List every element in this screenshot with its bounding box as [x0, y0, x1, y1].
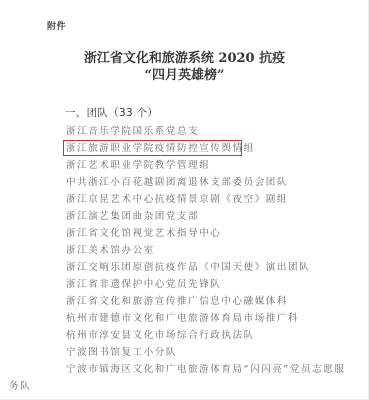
- document-title-line1: 浙江省文化和旅游系统 2020 抗疫: [0, 50, 369, 67]
- list-item: 浙江交响乐团原创抗疫作品《中国天使》演出团队: [0, 259, 369, 276]
- list-item: 浙江省文化和旅游宣传推广信息中心融媒体科: [0, 293, 369, 310]
- list-item: 浙江演艺集团曲杂团党支部: [0, 208, 369, 225]
- list-item: 浙江美术馆办公室: [0, 242, 369, 259]
- list-item: 中共浙江小百花越剧团离退休支部委员会团队: [0, 174, 369, 191]
- list-item: 杭州市淳安县文化市场综合行政执法队: [0, 327, 369, 344]
- list-item-continuation: 务队: [0, 378, 369, 395]
- list-item: 杭州市建德市文化和广电旅游体育局市场推广科: [0, 310, 369, 327]
- list-item: 宁波市镇海区文化和广电旅游体育局“闪闪亮”党员志愿服: [0, 361, 369, 378]
- document-title-line2: “四月英雄榜”: [0, 67, 369, 84]
- list-item: 浙江省文化馆视觉艺术指导中心: [0, 225, 369, 242]
- attachment-label: 附件: [47, 19, 66, 32]
- team-list: 浙江音乐学院国乐系党总支 浙江旅游职业学院疫情防控宣传舆情组 浙江艺术职业学院教…: [0, 123, 369, 395]
- section-heading-teams: 一、团队（33 个）: [65, 105, 158, 120]
- list-item: 宁波图书馆复工小分队: [0, 344, 369, 361]
- list-item: 浙江省非遗保护中心党员先锋队: [0, 276, 369, 293]
- highlight-box: [63, 140, 242, 156]
- list-item: 浙江艺术职业学院教学管理组: [0, 157, 369, 174]
- list-item: 浙江音乐学院国乐系党总支: [0, 123, 369, 140]
- document-page: 附件 浙江省文化和旅游系统 2020 抗疫 “四月英雄榜” 一、团队（33 个）…: [0, 0, 369, 400]
- list-item-highlighted: 浙江旅游职业学院疫情防控宣传舆情组: [0, 140, 369, 157]
- list-item: 浙江京昆艺术中心抗疫情景京剧《夜空》剧组: [0, 191, 369, 208]
